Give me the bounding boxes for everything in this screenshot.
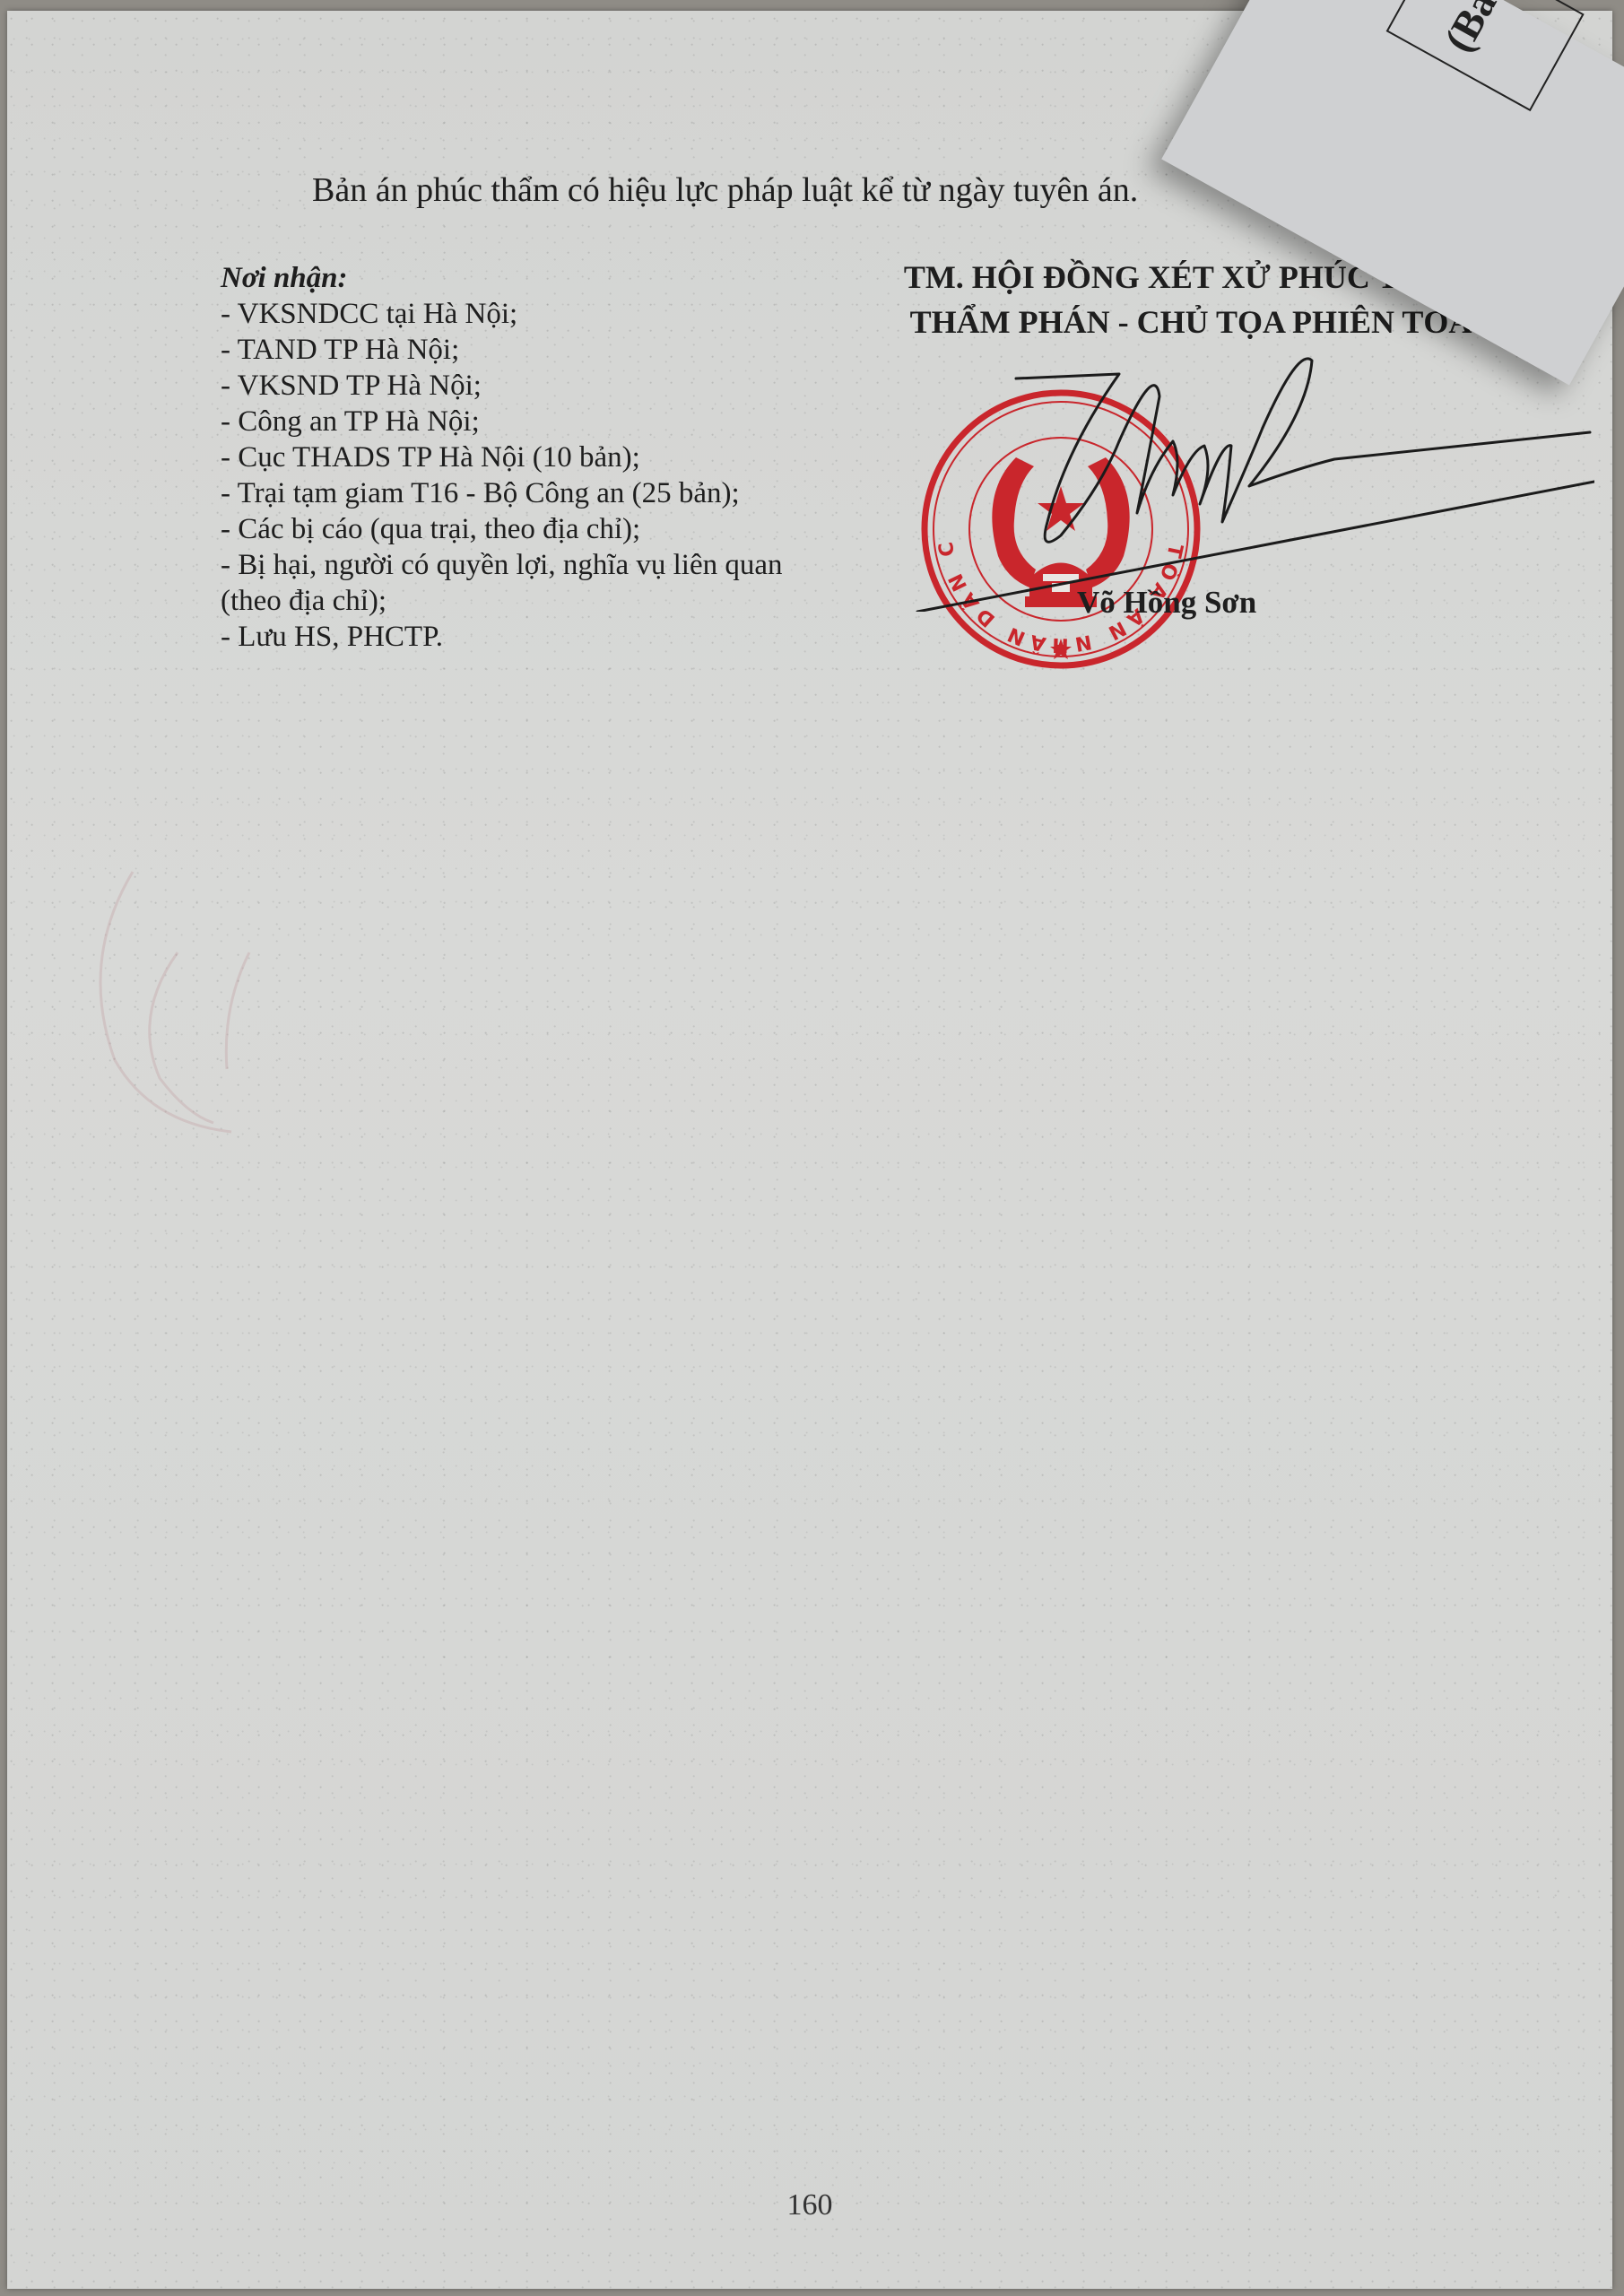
recipient-item: - Các bị cáo (qua trại, theo địa chỉ); [221, 511, 783, 547]
recipient-item: - VKSNDCC tại Hà Nội; [221, 296, 783, 332]
recipient-item: - Bị hại, người có quyền lợi, nghĩa vụ l… [221, 547, 783, 583]
faint-seal-impression [79, 854, 285, 1150]
effect-statement: Bản án phúc thẩm có hiệu lực pháp luật k… [312, 170, 1138, 210]
recipient-item: - Công an TP Hà Nội; [221, 404, 783, 439]
recipient-item: (theo địa chỉ); [221, 583, 783, 619]
recipient-item: - Trại tạm giam T16 - Bộ Công an (25 bản… [221, 475, 783, 511]
recipients-list: Nơi nhận: - VKSNDCC tại Hà Nội; - TAND T… [221, 260, 783, 655]
folded-sheet-box: (Ba [1386, 0, 1585, 111]
signature-title-line2: THẨM PHÁN - CHỦ TỌA PHIÊN TÒA [868, 300, 1514, 344]
recipient-item: - Lưu HS, PHCTP. [221, 619, 783, 655]
document-page: Bản án phúc thẩm có hiệu lực pháp luật k… [7, 11, 1612, 2289]
recipients-title: Nơi nhận: [221, 260, 783, 296]
recipient-item: - VKSND TP Hà Nội; [221, 368, 783, 404]
page-number: 160 [7, 2188, 1612, 2222]
recipient-item: - Cục THADS TP Hà Nội (10 bản); [221, 439, 783, 475]
signer-name: Võ Hồng Sơn [1077, 585, 1256, 621]
recipient-item: - TAND TP Hà Nội; [221, 332, 783, 368]
handwritten-signature [913, 343, 1594, 612]
folded-sheet-text: (Ba [1435, 0, 1507, 60]
